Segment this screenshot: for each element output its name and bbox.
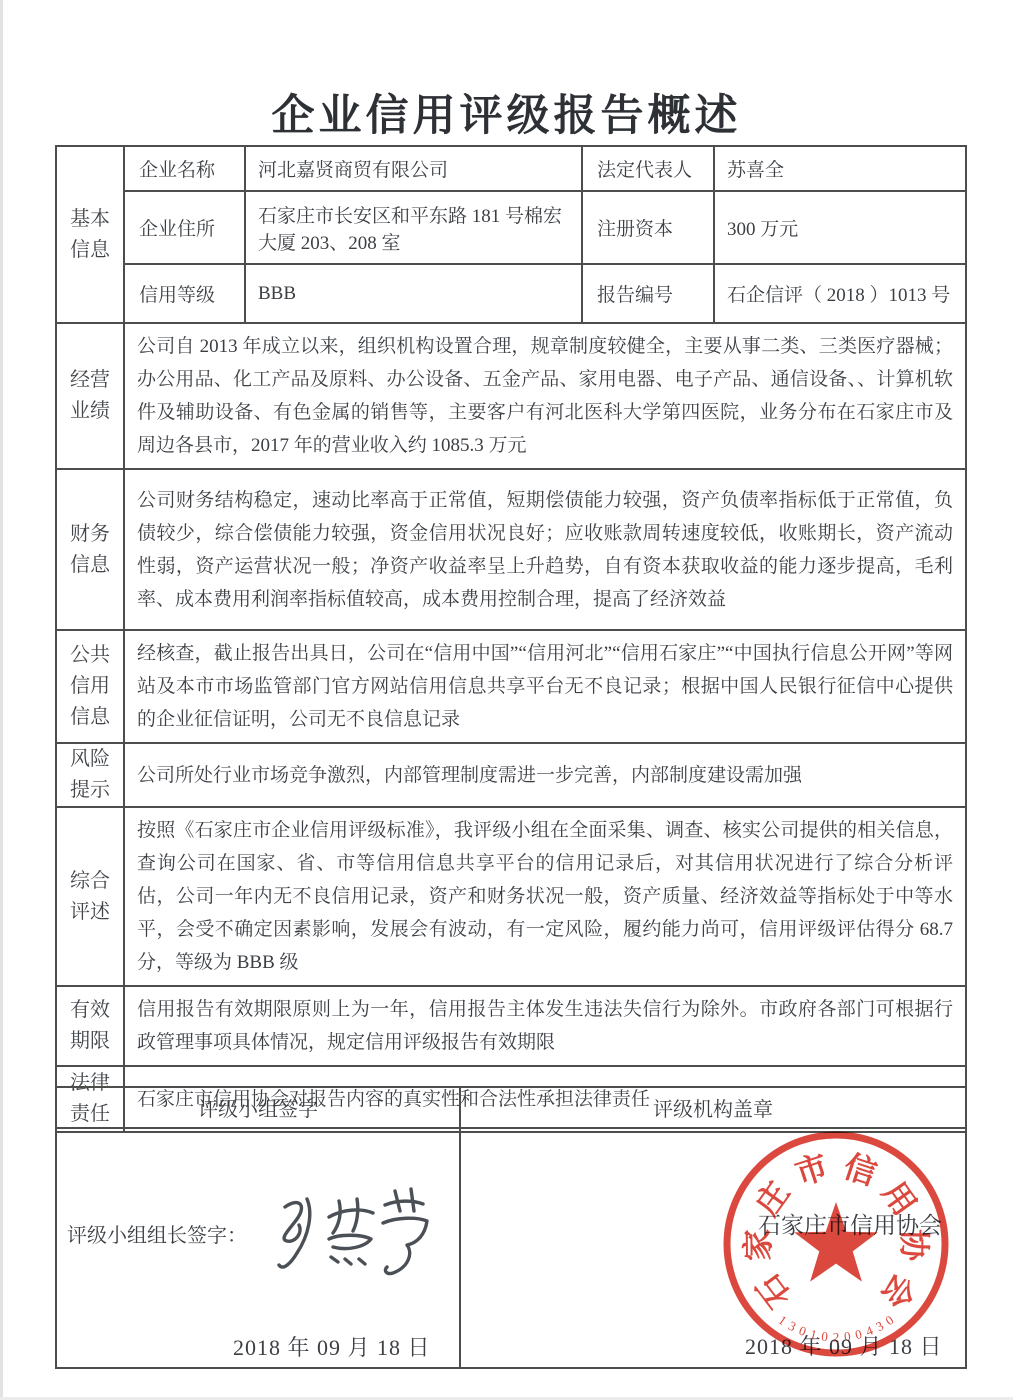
stamp-column-header: 评级机构盖章 [460, 1087, 966, 1128]
svg-text:用: 用 [875, 1175, 923, 1222]
svg-text:1: 1 [809, 1326, 819, 1342]
stamp-cell: 石家庄市信用协会 2018 年 09 月 18 日 石家庄市信用协会 13010… [460, 1128, 966, 1368]
table-row: 经营业绩 公司自 2013 年成立以来，组织机构设置合理，规章制度较健全，主要从… [56, 323, 966, 469]
field-value-company-address: 石家庄市长安区和平东路 181 号棉宏大厦 203、208 室 [245, 191, 582, 264]
svg-text:0: 0 [797, 1323, 808, 1339]
svg-text:石: 石 [750, 1267, 798, 1314]
table-row: 基本信息 企业名称 河北嘉贤商贸有限公司 法定代表人 苏喜全 [56, 146, 966, 191]
table-row: 综合评述 按照《石家庄市企业信用评级标准》，我评级小组在全面采集、调查、核实公司… [56, 807, 966, 986]
field-label-company-name: 企业名称 [124, 146, 245, 191]
section-text-validity-period: 信用报告有效期限原则上为一年，信用报告主体发生违法失信行为除外。市政府各部门可根… [124, 986, 966, 1066]
svg-text:3: 3 [873, 1318, 886, 1334]
svg-text:庄: 庄 [749, 1175, 797, 1222]
sign-date: 2018 年 09 月 18 日 [233, 1331, 431, 1362]
field-label-legal-rep: 法定代表人 [582, 146, 714, 191]
handwritten-signature [263, 1173, 438, 1288]
table-row: 财务信息 公司财务结构稳定，速动比率高于正常值，短期偿债能力较强，资产负债率指标… [56, 469, 966, 630]
field-value-company-name: 河北嘉贤商贸有限公司 [245, 146, 582, 191]
section-label-public-credit-info: 公共信用信息 [56, 630, 124, 743]
official-red-stamp: 石家庄市信用协会 13010200430 [715, 1128, 957, 1365]
field-label-credit-rating: 信用等级 [124, 264, 245, 323]
field-value-report-number: 石企信评（ 2018 ）1013 号 [714, 264, 966, 323]
field-value-registered-capital: 300 万元 [714, 191, 966, 264]
svg-text:市: 市 [791, 1148, 833, 1192]
svg-text:2: 2 [833, 1330, 840, 1345]
stamp-star [794, 1202, 878, 1282]
credit-report-table: 基本信息 企业名称 河北嘉贤商贸有限公司 法定代表人 苏喜全 企业住所 石家庄市… [55, 145, 967, 1133]
section-text-comprehensive-review: 按照《石家庄市企业信用评级标准》，我评级小组在全面采集、调查、核实公司提供的相关… [124, 807, 966, 986]
field-value-legal-rep: 苏喜全 [714, 146, 966, 191]
table-row: 公共信用信息 经核查，截止报告出具日，公司在“信用中国”“信用河北”“信用石家庄… [56, 630, 966, 743]
table-row: 信用等级 BBB 报告编号 石企信评（ 2018 ）1013 号 [56, 264, 966, 323]
stamp-code-digits: 13010200430 [776, 1312, 897, 1344]
section-label-validity-period: 有效期限 [56, 986, 124, 1066]
section-text-risk-warning: 公司所处行业市场竞争激烈，内部管理制度需进一步完善，内部制度建设需加强 [124, 743, 966, 807]
page-title: 企业信用评级报告概述 [0, 82, 1013, 143]
table-row: 风险提示 公司所处行业市场竞争激烈，内部管理制度需进一步完善，内部制度建设需加强 [56, 743, 966, 807]
field-label-company-address: 企业住所 [124, 191, 245, 264]
svg-text:家: 家 [740, 1229, 776, 1261]
svg-text:1: 1 [776, 1312, 790, 1328]
field-label-registered-capital: 注册资本 [582, 191, 714, 264]
section-text-financial-info: 公司财务结构稳定，速动比率高于正常值，短期偿债能力较强，资产负债率指标低于正常值… [124, 469, 966, 630]
svg-text:0: 0 [854, 1326, 864, 1342]
svg-text:会: 会 [874, 1267, 922, 1314]
field-label-report-number: 报告编号 [582, 264, 714, 323]
table-row: 企业住所 石家庄市长安区和平东路 181 号棉宏大厦 203、208 室 注册资… [56, 191, 966, 264]
table-row: 评级小组签字 评级机构盖章 [56, 1087, 966, 1128]
signature-cell: 评级小组组长签字： 2018 年 09 月 18 日 [56, 1128, 460, 1368]
svg-text:0: 0 [821, 1328, 829, 1344]
section-label-business-performance: 经营业绩 [56, 323, 124, 469]
scan-edge-artifact [0, 0, 3, 1400]
field-value-credit-rating: BBB [245, 264, 582, 323]
svg-text:3: 3 [786, 1318, 799, 1334]
table-row: 评级小组组长签字： 2018 年 09 月 18 日 石家庄市信用协会 [56, 1128, 966, 1368]
section-label-basic-info: 基本信息 [56, 146, 124, 323]
svg-text:协: 协 [896, 1229, 932, 1262]
section-label-comprehensive-review: 综合评述 [56, 807, 124, 986]
svg-text:信: 信 [839, 1148, 881, 1192]
section-label-risk-warning: 风险提示 [56, 743, 124, 807]
leader-sign-label: 评级小组组长签字： [67, 1219, 247, 1248]
signature-stamp-table: 评级小组签字 评级机构盖章 评级小组组长签字： 2018 年 [55, 1086, 967, 1369]
svg-text:0: 0 [882, 1312, 896, 1328]
sign-column-header: 评级小组签字 [56, 1087, 460, 1128]
table-row: 有效期限 信用报告有效期限原则上为一年，信用报告主体发生违法失信行为除外。市政府… [56, 986, 966, 1066]
section-text-business-performance: 公司自 2013 年成立以来，组织机构设置合理，规章制度较健全，主要从事二类、三… [124, 323, 966, 469]
svg-text:4: 4 [864, 1322, 876, 1339]
svg-text:0: 0 [843, 1328, 851, 1344]
section-text-public-credit-info: 经核查，截止报告出具日，公司在“信用中国”“信用河北”“信用石家庄”“中国执行信… [124, 630, 966, 743]
section-label-financial-info: 财务信息 [56, 469, 124, 630]
